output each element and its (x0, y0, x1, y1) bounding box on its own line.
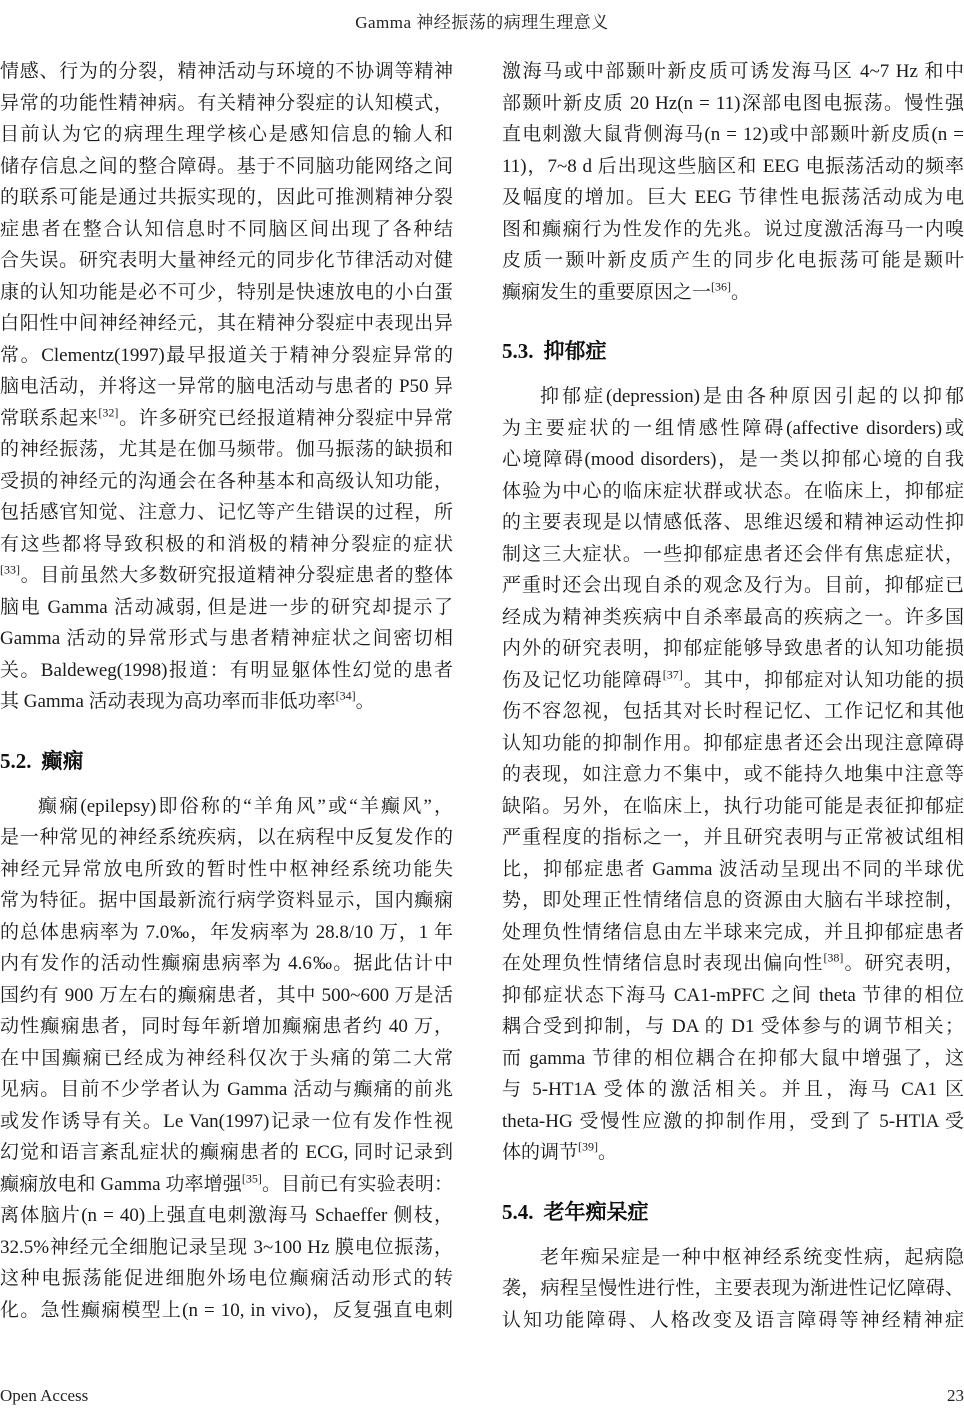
text-line: 为主要症状的一组情感性障碍(affective disorders)或 (502, 413, 964, 445)
text-line: 伤及记忆功能障碍[37]。其中，抑郁症对认知功能的损 (502, 665, 964, 697)
text-line: 比，抑郁症患者 Gamma 波活动呈现出不同的半球优 (502, 854, 964, 886)
paragraph: 情感、行为的分裂，精神活动与环境的不协调等精神异常的功能性精神病。有关精神分裂症… (0, 56, 453, 718)
text-line: 而 gamma 节律的相位耦合在抑郁大鼠中增强了，这 (502, 1043, 964, 1075)
text-line: theta-HG 受慢性应激的抑制作用，受到了 5-HTlA 受 (502, 1106, 964, 1138)
text-line: 心境障碍(mood disorders)，是一类以抑郁心境的自我 (502, 444, 964, 476)
text-line: 在中国癫痫已经成为神经科仅次于头痛的第二大常 (0, 1043, 453, 1075)
text-line: 神经元异常放电所致的暂时性中枢神经系统功能失 (0, 854, 453, 886)
paragraph: 癫痫(epilepsy)即俗称的“羊角风”或“羊癫风”，是一种常见的神经系统疾病… (0, 791, 453, 1327)
text-line: 其 Gamma 活动表现为高功率而非低功率[34]。 (0, 686, 453, 718)
text-line: 皮质一颞叶新皮质产生的同步化电振荡可能是颞叶 (502, 245, 964, 277)
text-line: 白阳性中间神经神经元，其在精神分裂症中表现出异 (0, 308, 453, 340)
text-line: 制这三大症状。一些抑郁症患者还会伴有焦虑症状， (502, 539, 964, 571)
text-line: 体验为中心的临床症状群或状态。在临床上，抑郁症 (502, 476, 964, 508)
text-line: 合失误。研究表明大量神经元的同步化节律活动对健 (0, 245, 453, 277)
text-line: 的主要表现是以情感低落、思维迟缓和精神运动性抑 (502, 507, 964, 539)
section-heading: 5.2.癫痫 (0, 745, 453, 778)
text-line: 国约有 900 万左右的癫痫患者，其中 500~600 万是活 (0, 980, 453, 1012)
citation-ref: [33] (0, 563, 20, 577)
text-line: [33]。目前虽然大多数研究报道精神分裂症患者的整体 (0, 560, 453, 592)
document-page: Gamma 神经振荡的病理生理意义 情感、行为的分裂，精神活动与环境的不协调等精… (0, 0, 964, 1414)
paragraph: 老年痴呆症是一种中枢神经系统变性病，起病隐袭，病程呈慢性进行性，主要表现为渐进性… (502, 1242, 964, 1337)
text-line: 体的调节[39]。 (502, 1137, 964, 1169)
text-line: 抑郁症状态下海马 CA1-mPFC 之间 theta 节律的相位 (502, 980, 964, 1012)
text-line: 异常的功能性精神病。有关精神分裂症的认知模式， (0, 88, 453, 120)
text-line: 与 5-HT1A 受体的激活相关。并且，海马 CA1 区 (502, 1074, 964, 1106)
text-line: 包括感官知觉、注意力、记忆等产生错误的过程，所 (0, 497, 453, 529)
text-line: 脑电 Gamma 活动减弱, 但是进一步的研究却提示了 (0, 592, 453, 624)
section-number: 5.2. (0, 749, 32, 773)
text-line: 的表现，如注意力不集中，或不能持久地集中注意等 (502, 759, 964, 791)
citation-ref: [34] (336, 689, 356, 703)
citation-ref: [39] (578, 1140, 598, 1154)
section-heading: 5.4.老年痴呆症 (502, 1196, 964, 1229)
text-columns: 情感、行为的分裂，精神活动与环境的不协调等精神异常的功能性精神病。有关精神分裂症… (0, 56, 964, 1336)
citation-ref: [36] (711, 279, 731, 293)
left-column: 情感、行为的分裂，精神活动与环境的不协调等精神异常的功能性精神病。有关精神分裂症… (0, 56, 453, 1336)
text-line: 的联系可能是通过共振实现的，因此可推测精神分裂 (0, 182, 453, 214)
section-number: 5.4. (502, 1200, 534, 1224)
text-line: 袭，病程呈慢性进行性，主要表现为渐进性记忆障碍、 (502, 1273, 964, 1305)
text-line: 癫痫放电和 Gamma 功率增强[35]。目前已有实验表明： (0, 1169, 453, 1201)
text-line: 离体脑片(n = 40)上强直电刺激海马 Schaeffer 侧枝， (0, 1200, 453, 1232)
page-number: 23 (947, 1386, 964, 1406)
text-line: 情感、行为的分裂，精神活动与环境的不协调等精神 (0, 56, 453, 88)
text-line: 严重时还会出现自杀的观念及行为。目前，抑郁症已 (502, 570, 964, 602)
text-line: 认知功能障碍、人格改变及语言障碍等神经精神症 (502, 1305, 964, 1337)
paragraph: 激海马或中部颞叶新皮质可诱发海马区 4~7 Hz 和中部颞叶新皮质 20 Hz(… (502, 56, 964, 308)
text-line: 癫痫(epilepsy)即俗称的“羊角风”或“羊癫风”， (0, 791, 453, 823)
section-heading: 5.3.抑郁症 (502, 335, 964, 368)
text-line: Gamma 活动的异常形式与患者精神症状之间密切相 (0, 623, 453, 655)
right-column: 激海马或中部颞叶新皮质可诱发海马区 4~7 Hz 和中部颞叶新皮质 20 Hz(… (502, 56, 964, 1336)
text-line: 有这些都将导致积极的和消极的精神分裂症的症状 (0, 529, 453, 561)
text-line: 化。急性癫痫模型上(n = 10, in vivo)，反复强直电刺 (0, 1295, 453, 1327)
text-line: 见病。目前不少学者认为 Gamma 活动与癫痛的前兆 (0, 1074, 453, 1106)
text-line: 受损的神经元的沟通会在各种基本和高级认知功能， (0, 466, 453, 498)
text-line: 内外的研究表明，抑郁症能够导致患者的认知功能损 (502, 633, 964, 665)
text-line: 部颞叶新皮质 20 Hz(n = 11)深部电图电振荡。慢性强 (502, 88, 964, 120)
text-line: 动性癫痫患者，同时每年新增加癫痫患者约 40 万， (0, 1011, 453, 1043)
paragraph: 抑郁症(depression)是由各种原因引起的以抑郁为主要症状的一组情感性障碍… (502, 381, 964, 1169)
text-line: 缺陷。另外，在临床上，执行功能可能是表征抑郁症 (502, 791, 964, 823)
text-line: 目前认为它的病理生理学核心是感知信息的输人和 (0, 119, 453, 151)
text-line: 这种电振荡能促进细胞外场电位癫痫活动形式的转 (0, 1263, 453, 1295)
text-line: 经成为精神类疾病中自杀率最高的疾病之一。许多国 (502, 602, 964, 634)
citation-ref: [32] (98, 405, 118, 419)
text-line: 常为特征。据中国最新流行病学资料显示，国内癫痫 (0, 885, 453, 917)
text-line: 激海马或中部颞叶新皮质可诱发海马区 4~7 Hz 和中 (502, 56, 964, 88)
running-header-title: Gamma 神经振荡的病理生理意义 (0, 8, 964, 33)
page-footer: Open Access 23 (0, 1386, 964, 1406)
text-line: 储存信息之间的整合障碍。基于不同脑功能网络之间 (0, 151, 453, 183)
text-line: 康的认知功能是必不可少，特别是快速放电的小白蛋 (0, 277, 453, 309)
text-line: 11)，7~8 d 后出现这些脑区和 EEG 电振荡活动的频率 (502, 151, 964, 183)
citation-ref: [37] (663, 667, 683, 681)
text-line: 直电刺激大鼠背侧海马(n = 12)或中部颞叶新皮质(n = (502, 119, 964, 151)
text-line: 32.5%神经元全细胞记录呈现 3~100 Hz 膜电位振荡， (0, 1232, 453, 1264)
text-line: 常。Clementz(1997)最早报道关于精神分裂症异常的 (0, 340, 453, 372)
text-line: 或发作诱导有关。Le Van(1997)记录一位有发作性视 (0, 1106, 453, 1138)
section-number: 5.3. (502, 339, 534, 363)
text-line: 及幅度的增加。巨大 EEG 节律性电振荡活动成为电 (502, 182, 964, 214)
text-line: 严重程度的指标之一，并且研究表明与正常被试组相 (502, 822, 964, 854)
text-line: 幻觉和语言紊乱症状的癫痫患者的 ECG, 同时记录到 (0, 1137, 453, 1169)
citation-ref: [35] (242, 1171, 262, 1185)
text-line: 是一种常见的神经系统疾病，以在病程中反复发作的 (0, 822, 453, 854)
text-line: 的总体患病率为 7.0‰，年发病率为 28.8/10 万，1 年 (0, 917, 453, 949)
text-line: 关。Baldeweg(1998)报道：有明显躯体性幻觉的患者 (0, 655, 453, 687)
text-line: 常联系起来[32]。许多研究已经报道精神分裂症中异常 (0, 403, 453, 435)
text-line: 耦合受到抑制，与 DA 的 D1 受体参与的调节相关； (502, 1011, 964, 1043)
text-line: 认知功能的抑制作用。抑郁症患者还会出现注意障碍 (502, 728, 964, 760)
section-title: 癫痫 (42, 750, 84, 773)
open-access-label: Open Access (0, 1386, 88, 1406)
text-line: 势，即处理正性情绪信息的资源由大脑右半球控制， (502, 885, 964, 917)
text-line: 内有发作的活动性癫痫患病率为 4.6‰。据此估计中 (0, 948, 453, 980)
text-line: 图和癫痫行为性发作的先兆。说过度激活海马一内嗅 (502, 214, 964, 246)
text-line: 症患者在整合认知信息时不同脑区间出现了各种结 (0, 214, 453, 246)
citation-ref: [38] (823, 951, 843, 965)
text-line: 老年痴呆症是一种中枢神经系统变性病，起病隐 (502, 1242, 964, 1274)
text-line: 抑郁症(depression)是由各种原因引起的以抑郁 (502, 381, 964, 413)
section-title: 老年痴呆症 (544, 1201, 649, 1224)
section-title: 抑郁症 (544, 340, 607, 363)
text-line: 的神经振荡，尤其是在伽马频带。伽马振荡的缺损和 (0, 434, 453, 466)
text-line: 处理负性情绪信息由左半球来完成，并且抑郁症患者 (502, 917, 964, 949)
text-line: 在处理负性情绪信息时表现出偏向性[38]。研究表明， (502, 948, 964, 980)
text-line: 伤不容忽视，包括其对长时程记忆、工作记忆和其他 (502, 696, 964, 728)
text-line: 癫痫发生的重要原因之一[36]。 (502, 277, 964, 309)
text-line: 脑电活动，并将这一异常的脑电活动与患者的 P50 异 (0, 371, 453, 403)
